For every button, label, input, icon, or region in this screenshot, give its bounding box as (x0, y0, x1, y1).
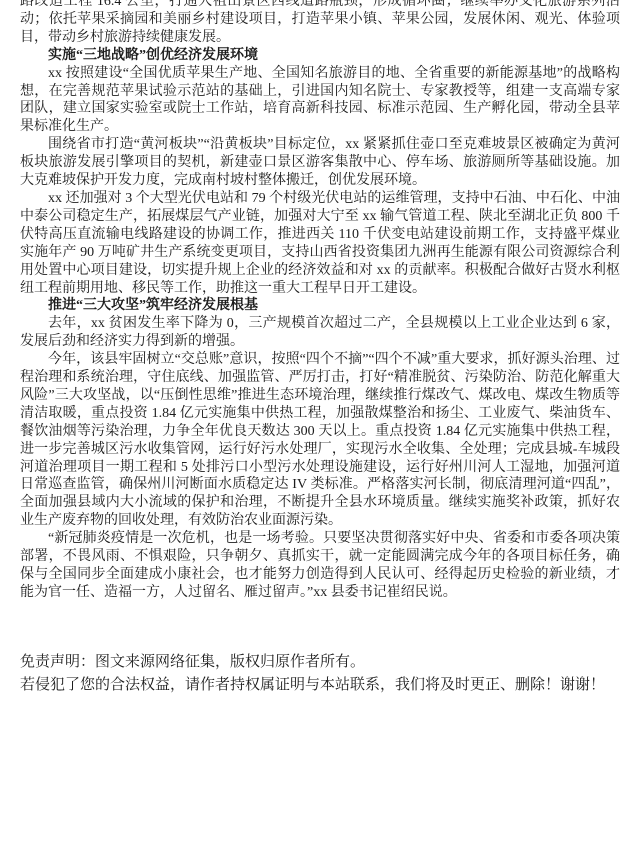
article-paragraph: “新冠肺炎疫情是一次危机，也是一场考验。只要坚决贯彻落实好中央、省委和市委各项决… (20, 530, 620, 602)
section-heading-three-battles: 推进“三大攻坚”筑牢经济发展根基 (20, 297, 620, 315)
article-paragraph: xx 还加强对 3 个大型光伏电站和 79 个村级光伏电站的运维管理，支持中石油… (20, 190, 620, 297)
article-paragraph: xx 按照建设“全国优质苹果生产地、全国知名旅游目的地、全省重要的新能源基地”的… (20, 65, 620, 137)
article-paragraph: 去年，xx 贫困发生率下降为 0，三产规模首次超过二产，全县规模以上工业企业达到… (20, 315, 620, 351)
disclaimer-line-2: 若侵犯了您的合法权益，请作者持权属证明与本站联系，我们将及时更正、删除！谢谢！ (20, 674, 620, 698)
section-heading-three-areas-strategy: 实施“三地战略”创优经济发展环境 (20, 47, 620, 65)
article-paragraph: 今年，该县牢固树立“交总账”意识，按照“四个不摘”“四个不减”重大要求，抓好源头… (20, 351, 620, 530)
article-paragraph: 围绕省市打造“黄河板块”“沿黄板块”目标定位，xx 紧紧抓住壶口至克难坡景区被确… (20, 136, 620, 190)
disclaimer-block: 免责声明：图文来源网络征集，版权归原作者所有。 若侵犯了您的合法权益，请作者持权… (20, 651, 620, 698)
article-body: 路改造工程 16.4 公里，打通人祖山景区西线道路瓶颈，形成循环圈；继续举办文化… (20, 0, 620, 602)
article-continuation-paragraph: 路改造工程 16.4 公里，打通人祖山景区西线道路瓶颈，形成循环圈；继续举办文化… (20, 0, 620, 47)
disclaimer-line-1: 免责声明：图文来源网络征集，版权归原作者所有。 (20, 651, 620, 675)
document-page: 路改造工程 16.4 公里，打通人祖山景区西线道路瓶颈，形成循环圈；继续举办文化… (0, 0, 640, 846)
